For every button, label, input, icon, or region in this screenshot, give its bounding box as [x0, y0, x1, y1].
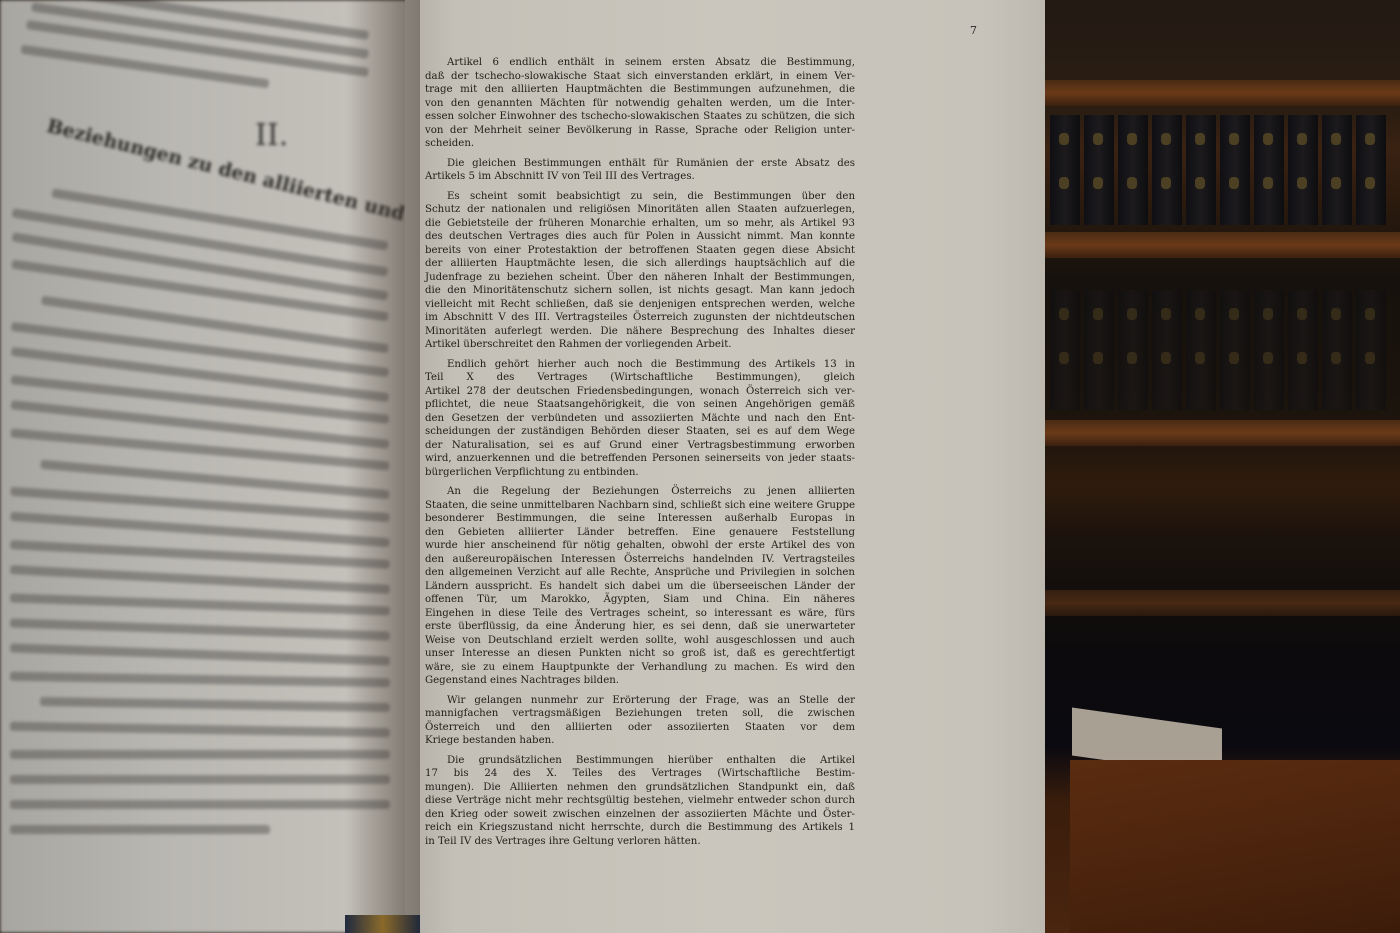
text-line: im Abschnitt V des III. Vertragsteiles Ö… — [425, 311, 855, 325]
text-line: Teil X des Vertrages (Wirtschaftliche Be… — [425, 371, 855, 385]
text-line: der Naturalisation, sei es auf Grund ein… — [425, 439, 855, 453]
page-body-text: Artikel 6 endlich enthält in seinem erst… — [425, 56, 855, 854]
text-line: Ländern ausspricht. Es handelt sich dabe… — [425, 580, 855, 594]
text-line: Es scheint somit beabsichtigt zu sein, d… — [425, 190, 855, 204]
text-line: der alliierten Hauptmächte lesen, die si… — [425, 257, 855, 271]
section-numeral: II. — [255, 118, 288, 153]
paragraph: Die gleichen Bestimmungen enthält für Ru… — [425, 157, 855, 184]
wooden-table — [1070, 760, 1400, 933]
text-line: in Teil IV des Vertrages ihre Geltung ve… — [425, 835, 855, 849]
text-line: von der Mehrheit seiner Bevölkerung in R… — [425, 124, 855, 138]
text-line: Eingehen in diese Teile des Vertrages sc… — [425, 607, 855, 621]
text-line: erste überflüssig, da eine Änderung hier… — [425, 620, 855, 634]
shelf-board — [1030, 590, 1400, 616]
text-line: Die gleichen Bestimmungen enthält für Ru… — [425, 157, 855, 171]
text-line: besonderer Bestimmungen, die seine Inter… — [425, 512, 855, 526]
paragraph: Wir gelangen nunmehr zur Erörterung der … — [425, 694, 855, 748]
text-line: Österreich und den alliierten oder assoz… — [425, 721, 855, 735]
text-line: essen solcher Einwohner des tschecho-slo… — [425, 110, 855, 124]
text-line: An die Regelung der Beziehungen Österrei… — [425, 485, 855, 499]
text-line: scheiden. — [425, 137, 855, 151]
text-line: Minoritäten auferlegt werden. Die nähere… — [425, 325, 855, 339]
text-line: pflichtet, die neue Staatsangehörigkeit,… — [425, 398, 855, 412]
text-line: Endlich gehört hierher auch noch die Bes… — [425, 358, 855, 372]
text-line: Weise von Deutschland erzielt werden sol… — [425, 634, 855, 648]
right-page: 7 Artikel 6 endlich enthält in seinem er… — [405, 0, 1045, 933]
text-line: den Gebieten alliierter Länder betreffen… — [425, 526, 855, 540]
shelf-board — [1030, 232, 1400, 258]
text-line: Judenfrage zu beziehen scheint. Über den… — [425, 271, 855, 285]
text-line: mungen). Die Alliierten nehmen den grund… — [425, 781, 855, 795]
paragraph: Die grundsätzlichen Bestimmungen hierübe… — [425, 754, 855, 849]
text-line: wäre, sie zu einem Hauptpunkte der Verha… — [425, 661, 855, 675]
text-line: den Krieg oder soweit zwischen einzelnen… — [425, 808, 855, 822]
text-line: Artikel 6 endlich enthält in seinem erst… — [425, 56, 855, 70]
text-line: des deutschen Vertrages dies auch für Po… — [425, 230, 855, 244]
shelf-board — [1030, 420, 1400, 446]
text-line: den außereuropäischen Interessen Österre… — [425, 553, 855, 567]
text-line: Staaten, die seine unmittelbaren Nachbar… — [425, 499, 855, 513]
paragraph: Endlich gehört hierher auch noch die Bes… — [425, 358, 855, 480]
text-line: Artikel 278 der deutschen Friedensbeding… — [425, 385, 855, 399]
text-line: vielleicht mit Recht schließen, daß sie … — [425, 298, 855, 312]
paragraph: Artikel 6 endlich enthält in seinem erst… — [425, 56, 855, 151]
text-line: Artikel überschreitet den Rahmen der vor… — [425, 338, 855, 352]
text-line: von den genannten Mächten für notwendig … — [425, 97, 855, 111]
text-line: scheidungen der zuständigen Behörden die… — [425, 425, 855, 439]
text-line: Wir gelangen nunmehr zur Erörterung der … — [425, 694, 855, 708]
shelf-board — [1030, 80, 1400, 106]
text-line: bereits von einer Protestaktion der betr… — [425, 244, 855, 258]
text-line: bürgerlichen Verpflichtung zu entbinden. — [425, 466, 855, 480]
paragraph: An die Regelung der Beziehungen Österrei… — [425, 485, 855, 688]
book-cover-edge — [345, 915, 420, 933]
text-line: diese Verträge nicht mehr rechtsgültig b… — [425, 794, 855, 808]
text-line: die Gebietsteile der früheren Monarchie … — [425, 217, 855, 231]
text-line: Kriege bestanden haben. — [425, 734, 855, 748]
text-line: wurde hier anscheinend für nötig gehalte… — [425, 539, 855, 553]
text-line: trage mit den alliierten Hauptmächten di… — [425, 83, 855, 97]
book-row — [1050, 290, 1400, 410]
paragraph: Es scheint somit beabsichtigt zu sein, d… — [425, 190, 855, 352]
text-line: die den Minoritätenschutz sichern sollen… — [425, 284, 855, 298]
text-line: Artikels 5 im Abschnitt IV von Teil III … — [425, 170, 855, 184]
page-number: 7 — [970, 24, 977, 37]
text-line: wird, anzuerkennen und die betreffenden … — [425, 452, 855, 466]
text-line: Gegenstand eines Nachtrages bilden. — [425, 674, 855, 688]
text-line: daß der tschecho-slowakische Staat sich … — [425, 70, 855, 84]
text-line: den Gesetzen der verbündeten und assozii… — [425, 412, 855, 426]
text-line: reich ein Kriegszustand nicht herrschte,… — [425, 821, 855, 835]
text-line: Die grundsätzlichen Bestimmungen hierübe… — [425, 754, 855, 768]
text-line: mannigfachen vertragsmäßigen Beziehungen… — [425, 707, 855, 721]
text-line: den allgemeinen Verzicht auf alle Rechte… — [425, 566, 855, 580]
text-line: offenen Tür, um Marokko, Ägypten, Siam u… — [425, 593, 855, 607]
text-line: 17 bis 24 des X. Teiles des Vertrages (W… — [425, 767, 855, 781]
book-gutter — [345, 0, 420, 933]
book-row — [1050, 115, 1400, 225]
text-line: Schutz der nationalen und religiösen Min… — [425, 203, 855, 217]
text-line: unser Interesse an diesen Punkten nicht … — [425, 647, 855, 661]
